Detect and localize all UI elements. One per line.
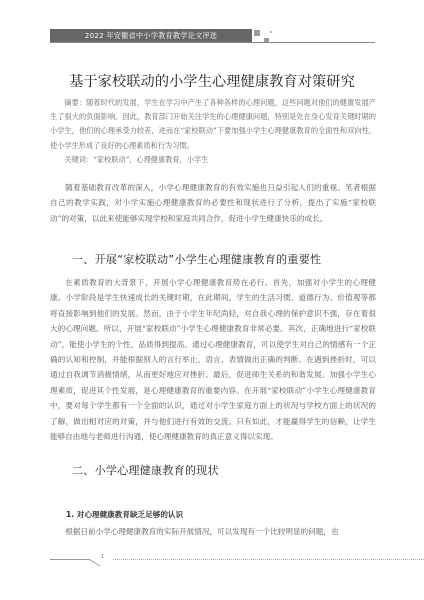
section-heading-1: 一、开展“家校联动”小学生心理健康教育的重要性 bbox=[72, 251, 321, 267]
section-heading-2: 二、小学心理健康教育的现状 bbox=[72, 462, 219, 478]
intro-paragraph: 随着基础教育改革的深入，小学心理健康教育的有效实施也日益引起人们的重视。笔者根据… bbox=[50, 180, 376, 226]
section-2-body: 根据日前小学心理健康教育的实际开展情况，可以发现有一个比较明显的问题，也 bbox=[50, 524, 376, 539]
footer-rule bbox=[50, 559, 90, 560]
header-banner: 2022 年安徽省中小学教育教学论文评选 bbox=[50, 29, 252, 43]
keywords: 关键词：“家校联动”，心理健康教育，小学生 bbox=[50, 153, 376, 167]
section-1-body: 在素质教育的大背景下，开展小学心理健康教育势在必行。首先，加强对小学生的心理健康… bbox=[50, 275, 376, 444]
document-title: 基于家校联动的小学生心理健康教育对策研究 bbox=[0, 71, 424, 91]
footer-dotted-rule bbox=[113, 559, 424, 560]
page-number: 1 bbox=[101, 554, 104, 560]
header-decoration-square bbox=[270, 31, 272, 33]
header-rule bbox=[50, 42, 375, 43]
header-decoration-square bbox=[254, 30, 260, 36]
subsection-heading: 1. 对心理健康教育缺乏足够的认识 bbox=[66, 509, 183, 520]
footer-rule-slant bbox=[89, 559, 101, 566]
abstract: 摘要：随着时代的发展，学生在学习中产生了各种各样的心理问题，这些问题对他们的健康… bbox=[50, 96, 376, 153]
